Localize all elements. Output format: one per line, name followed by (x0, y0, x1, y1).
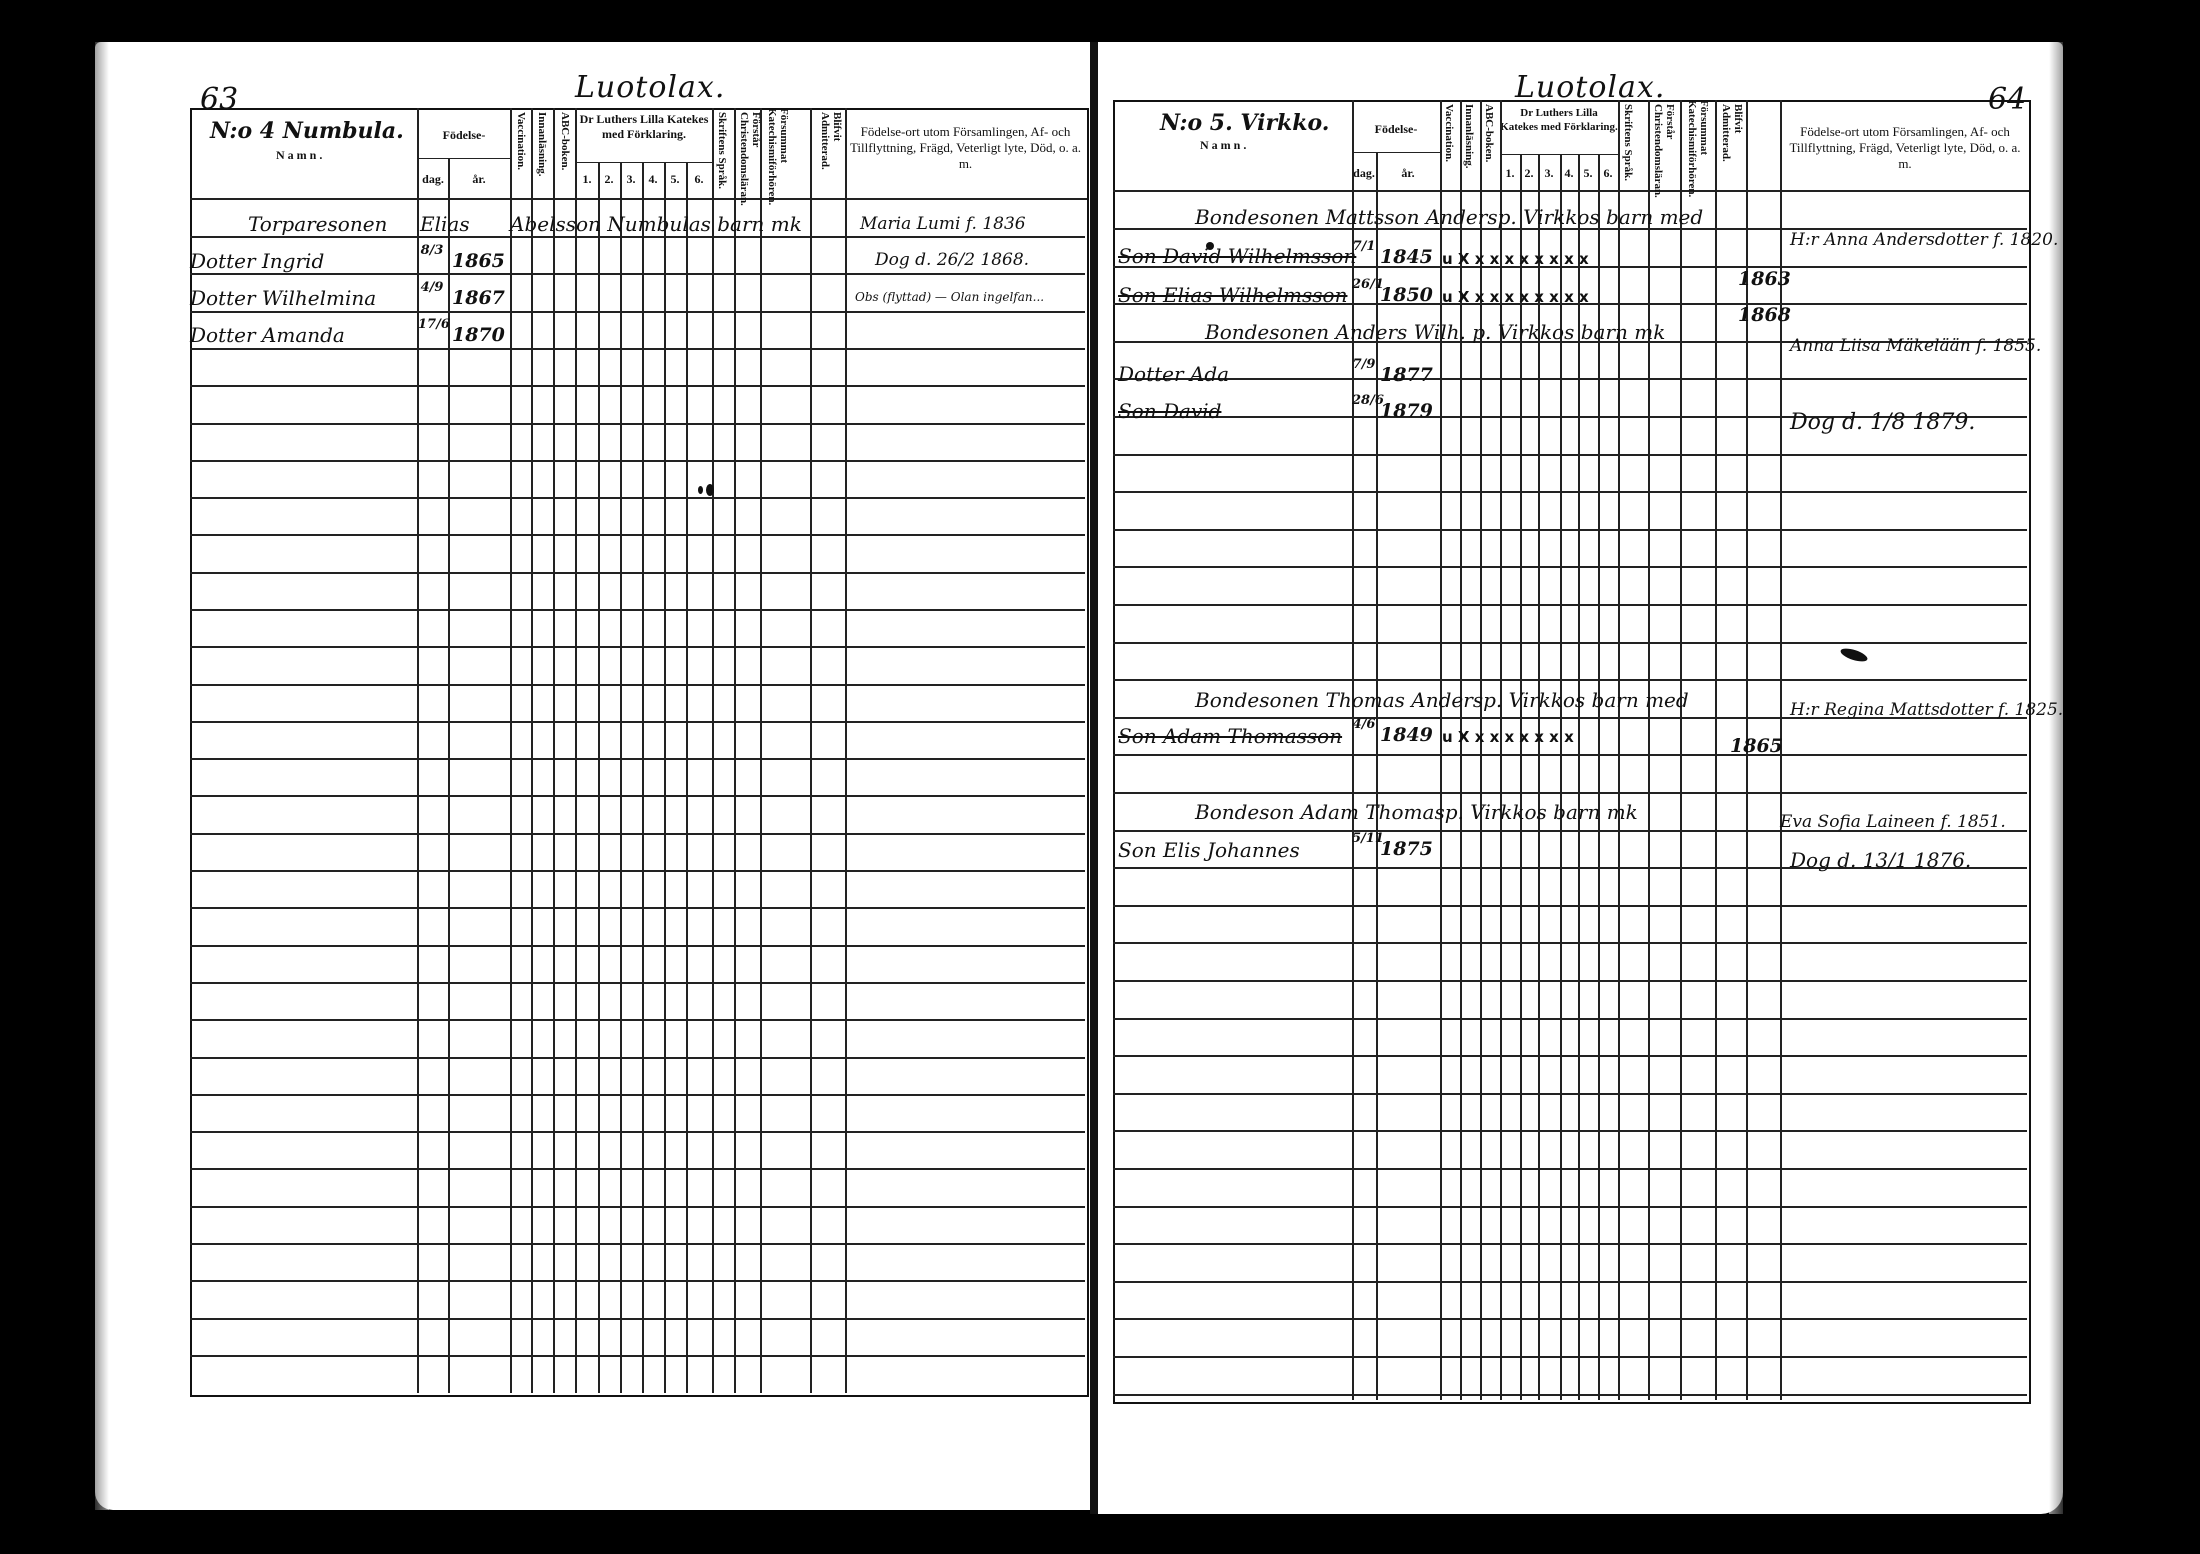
abc-book-header: ABC-boken. (559, 112, 571, 194)
row-rule (190, 833, 1085, 835)
entry-year-9: 1875 (1380, 838, 1433, 860)
ink-blot (706, 484, 714, 496)
row-rule (190, 646, 1085, 648)
column-line (620, 162, 622, 1393)
column-line (810, 108, 812, 1393)
scripture-header: Skriftens Språk. (716, 112, 728, 194)
row-rule (1113, 754, 2027, 756)
entry-remarks-5: Dog d. 1/8 1879. (1790, 410, 1975, 435)
entry-remarks-8: Eva Sofia Laineen f. 1851. (1780, 812, 2006, 832)
household-heading: N:o 4 Numbula. (210, 118, 404, 144)
row-rule (1113, 378, 2027, 380)
entry-year-7: 1849 (1380, 724, 1433, 746)
header-divider (1113, 190, 2029, 192)
row-rule (190, 795, 1085, 797)
row-rule (190, 1131, 1085, 1133)
entry-father-name: Elias (420, 212, 470, 236)
entry-head-1: Bondesonen Mattsson Andersp. Virkkos bar… (1195, 205, 1703, 229)
catechism-part-6: 6. (1598, 166, 1618, 181)
remarks-header: Födelse-ort utom Församlingen, Af- och T… (848, 124, 1083, 172)
village-heading: Luotolax. (575, 70, 725, 105)
row-rule (1113, 1318, 2027, 1320)
entry-day-1: 8/3 (418, 244, 446, 258)
entry-day-4: 7/9 (1352, 358, 1376, 372)
catechism-part-3: 3. (1538, 166, 1560, 181)
innanlasning-header: Innanläsning. (1463, 104, 1475, 186)
entry-day-7: 4/6 (1352, 718, 1376, 732)
entry-head-2: Bondesonen Anders Wilh. p. Virkkos barn … (1205, 320, 1665, 344)
header-divider (190, 198, 1087, 200)
row-rule (190, 609, 1085, 611)
christendom-header: Förstår Christendomsläran. (1652, 104, 1676, 186)
row-rule (1113, 604, 2027, 606)
birth-subdivider (1352, 152, 1440, 153)
row-rule (1113, 679, 2027, 681)
entry-head-4: Bondeson Adam Thomasp. Virkkos barn mk (1195, 800, 1638, 824)
row-rule (1113, 980, 2027, 982)
scripture-header: Skriftens Språk. (1622, 104, 1634, 186)
entry-name-4: Dotter Ada (1118, 362, 1229, 386)
row-rule (190, 721, 1085, 723)
column-line (1352, 100, 1354, 1400)
row-rule (1113, 792, 2027, 794)
vaccination-header: Vaccination. (1443, 104, 1455, 186)
catechism-part-4: 4. (1560, 166, 1578, 181)
entry-name-5: Son David (1118, 399, 1221, 423)
column-line (1618, 100, 1620, 1400)
entry-remarks-9: Dog d. 13/1 1876. (1790, 848, 1971, 872)
row-rule (1113, 454, 2027, 456)
entry-day-1: 7/1 (1352, 240, 1376, 254)
birth-year-header: år. (448, 172, 510, 187)
row-rule (190, 311, 1085, 313)
birth-subdivider (418, 158, 510, 159)
column-line (598, 162, 600, 1393)
column-line (448, 158, 450, 1393)
entry-year-2: 1867 (452, 287, 505, 309)
row-rule (1113, 1394, 2027, 1396)
catechism-subdivider (1500, 154, 1618, 155)
name-column-header: Namn. (276, 148, 325, 163)
row-rule (1113, 1130, 2027, 1132)
entry-name-9: Son Elis Johannes (1118, 838, 1300, 862)
neglected-header: Försummat Katechismiförhören. (1684, 100, 1710, 186)
column-line (1715, 100, 1717, 1400)
entry-year-1: 1845 (1380, 246, 1433, 268)
row-rule (190, 907, 1085, 909)
column-line (575, 108, 577, 1393)
column-line (845, 108, 847, 1393)
row-rule (1113, 1018, 2027, 1020)
row-rule (1113, 1281, 2027, 1283)
row-rule (190, 385, 1085, 387)
entry-remarks-6: H:r Regina Mattsdotter f. 1825. (1790, 700, 2063, 720)
column-line (510, 108, 512, 1393)
column-line (664, 162, 666, 1393)
admitted-header: Blifvit Admitterad. (1720, 104, 1744, 186)
catechism-header: Dr Luthers Lilla Katekes med Förklaring. (1500, 106, 1618, 134)
column-line (1680, 100, 1682, 1400)
entry-marks-7: u X x x x x x x x (1442, 728, 1574, 746)
column-line (553, 108, 555, 1393)
entry-name-2: Son Elias Wilhelmsson (1118, 283, 1347, 307)
ink-dot (1206, 242, 1214, 250)
column-line (734, 108, 736, 1393)
catechism-part-6: 6. (688, 172, 710, 187)
household-heading: N:o 5. Virkko. (1160, 110, 1329, 136)
column-line (686, 162, 688, 1393)
row-rule (190, 1094, 1085, 1096)
row-rule (1113, 1168, 2027, 1170)
row-rule (190, 572, 1085, 574)
row-rule (190, 1206, 1085, 1208)
row-rule (190, 758, 1085, 760)
remarks-header: Födelse-ort utom Församlingen, Af- och T… (1785, 124, 2025, 172)
catechism-part-4: 4. (642, 172, 664, 187)
row-rule (190, 1355, 1085, 1357)
entry-name-3: Dotter Amanda (190, 323, 345, 347)
catechism-part-2: 2. (1520, 166, 1538, 181)
row-rule (190, 684, 1085, 686)
row-rule (1113, 942, 2027, 944)
entry-day-3: 17/6 (418, 318, 446, 332)
birth-column-header: Födelse- (418, 128, 510, 143)
row-rule (1113, 529, 2027, 531)
row-rule (190, 1243, 1085, 1245)
left-page-edge (95, 42, 109, 1510)
catechism-part-5: 5. (1578, 166, 1598, 181)
entry-father-surname: Abelsson Numbulas barn mk (510, 212, 802, 236)
row-rule (1113, 642, 2027, 644)
birth-day-header: dag. (1352, 166, 1376, 181)
row-rule (1113, 1206, 2027, 1208)
entry-name-1: Dotter Ingrid (190, 249, 324, 273)
entry-name-2: Dotter Wilhelmina (190, 286, 376, 310)
row-rule (190, 273, 1085, 275)
entry-year-3: 1870 (452, 324, 505, 346)
book-gutter (1090, 42, 1098, 1514)
entry-day-9: 5/11 (1352, 832, 1376, 846)
abc-book-header: ABC-boken. (1483, 104, 1495, 186)
entry-remarks-2: Obs (flyttad) — Olan ingelfan... (855, 290, 1044, 304)
entry-year-5: 1879 (1380, 400, 1433, 422)
row-rule (190, 348, 1085, 350)
entry-year-4: 1877 (1380, 364, 1433, 386)
row-rule (190, 497, 1085, 499)
entry-admitted-7: 1865 (1730, 735, 1783, 757)
column-line (760, 108, 762, 1393)
entry-year-2: 1850 (1380, 284, 1433, 306)
catechism-part-3: 3. (620, 172, 642, 187)
entry-name-1: Son David Wilhelmsson (1118, 244, 1356, 268)
row-rule (190, 460, 1085, 462)
catechism-part-1: 1. (576, 172, 598, 187)
name-column-header: Namn. (1200, 138, 1249, 153)
entry-name-7: Son Adam Thomasson (1118, 724, 1342, 748)
row-rule (1113, 1093, 2027, 1095)
birth-column-header: Födelse- (1352, 122, 1440, 137)
row-rule (190, 982, 1085, 984)
column-line (531, 108, 533, 1393)
column-line (642, 162, 644, 1393)
row-rule (190, 1168, 1085, 1170)
right-page-edge (2049, 42, 2063, 1514)
row-rule (1113, 1243, 2027, 1245)
row-rule (190, 1280, 1085, 1282)
entry-day-2: 26/1 (1352, 278, 1376, 292)
catechism-header: Dr Luthers Lilla Katekes med Förklaring. (576, 112, 712, 142)
entry-remarks-0: Maria Lumi f. 1836 (860, 214, 1026, 234)
entry-admitted-1: 1863 (1738, 268, 1791, 290)
catechism-part-2: 2. (598, 172, 620, 187)
entry-admitted-2: 1868 (1738, 304, 1791, 326)
admitted-header: Blifvit Admitterad. (815, 112, 843, 194)
christendom-header: Förstår Christendomsläran. (738, 112, 762, 194)
row-rule (190, 236, 1085, 238)
row-rule (190, 423, 1085, 425)
vaccination-header: Vaccination. (515, 112, 527, 194)
row-rule (190, 534, 1085, 536)
row-rule (190, 945, 1085, 947)
ink-blot (698, 486, 703, 494)
row-rule (1113, 1356, 2027, 1358)
innanlasning-header: Innanläsning. (536, 112, 548, 194)
row-rule (1113, 905, 2027, 907)
entry-remarks-0: H:r Anna Andersdotter f. 1820. (1790, 230, 2058, 250)
entry-remarks-3: Anna Liisa Mäkelään f. 1855. (1790, 336, 2041, 356)
entry-remarks-1: Dog d. 26/2 1868. (875, 250, 1029, 270)
column-line (712, 108, 714, 1393)
row-rule (190, 1318, 1085, 1320)
neglected-header: Försummat Katechismiförhören. (764, 108, 790, 194)
entry-head-3: Bondesonen Thomas Andersp. Virkkos barn … (1195, 688, 1689, 712)
row-rule (1113, 1055, 2027, 1057)
column-line (1648, 100, 1650, 1400)
entry-day-2: 4/9 (418, 281, 446, 295)
column-line (417, 108, 419, 1393)
entry-day-5: 28/6 (1352, 394, 1376, 408)
entry-year-1: 1865 (452, 250, 505, 272)
catechism-part-5: 5. (664, 172, 686, 187)
row-rule (1113, 491, 2027, 493)
catechism-subdivider (576, 162, 712, 163)
birth-day-header: dag. (418, 172, 448, 187)
row-rule (190, 870, 1085, 872)
entry-marks-2: u X x x x x x x x x (1442, 288, 1589, 306)
row-rule (190, 1019, 1085, 1021)
entry-marks-1: u X x x x x x x x x (1442, 250, 1589, 268)
row-rule (190, 1057, 1085, 1059)
row-rule (1113, 566, 2027, 568)
birth-year-header: år. (1376, 166, 1440, 181)
entry-head-of-household: Torparesonen (248, 212, 387, 236)
catechism-part-1: 1. (1500, 166, 1520, 181)
